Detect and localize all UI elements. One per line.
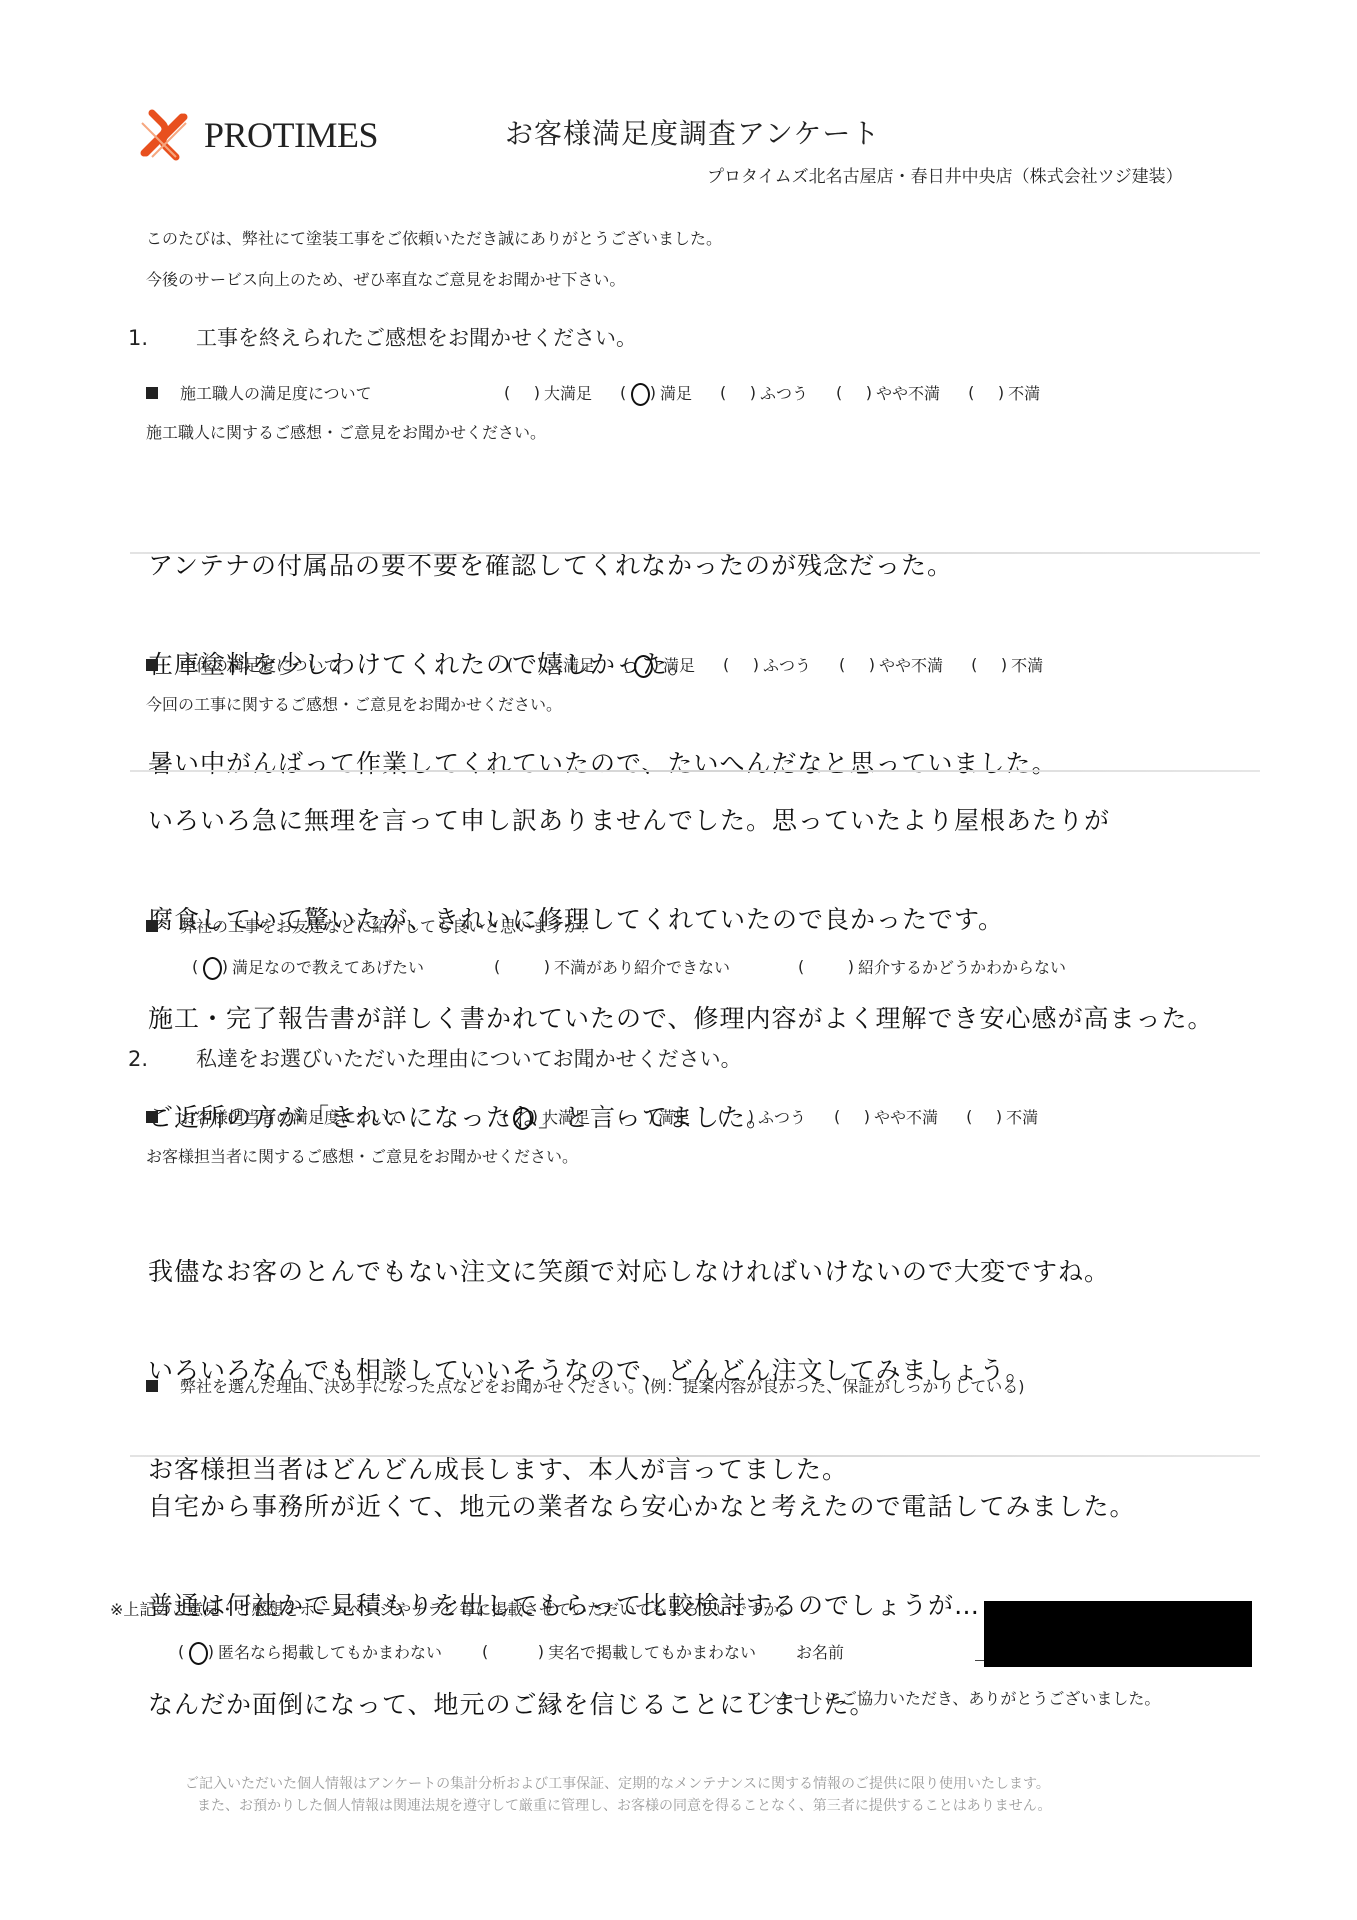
- square-bullet-icon: [146, 1380, 158, 1392]
- intro-line-1: このたびは、弊社にて塗装工事をご依頼いただき誠にありがとうございました。: [146, 226, 722, 249]
- rating-option-selected[interactable]: ()満足: [623, 653, 695, 676]
- rating-option[interactable]: ()ふつう: [720, 381, 808, 404]
- referral-option-selected[interactable]: ()満足なので教えてあげたい: [192, 955, 424, 978]
- rating-option[interactable]: ()大満足: [507, 653, 595, 676]
- question-label: お客様担当者の満足度について: [180, 1105, 404, 1128]
- circle-mark-icon: [203, 957, 222, 980]
- protimes-logo-icon: [132, 103, 196, 167]
- rating-options-overall: ()大満足 ()満足 ()ふつう ()やや不満 ()不満: [507, 653, 1071, 676]
- scan-artifact-line: [130, 1455, 1260, 1457]
- circle-mark-icon: [513, 1107, 532, 1130]
- publish-options: ()匿名なら掲載してもかまわない ()実名で掲載してもかまわない お名前: [178, 1640, 844, 1663]
- question-overall-satisfaction: 全体の満足度について: [146, 653, 340, 676]
- question-representative-satisfaction: お客様担当者の満足度について: [146, 1105, 404, 1128]
- section-2-heading: 2.私達をお選びいただいた理由についてお聞かせください。: [128, 1043, 742, 1073]
- option-label: 不満: [1011, 653, 1043, 676]
- intro-line-2: 今後のサービス向上のため、ぜひ率直なご意見をお聞かせ下さい。: [146, 267, 625, 290]
- brand-name: PROTIMES: [204, 114, 378, 156]
- option-label: 不満があり紹介できない: [554, 955, 730, 978]
- option-label: ふつう: [758, 1105, 806, 1128]
- thanks-message: アンケートにご協力いただき、ありがとうございました。: [746, 1686, 1160, 1709]
- page-title: お客様満足度調査アンケート: [505, 112, 880, 152]
- question-referral: 弊社の工事をお友達などに紹介しても良いと思いますか？: [146, 914, 596, 937]
- store-name: プロタイムズ北名古屋店・春日井中央店（株式会社ツジ建装）: [707, 162, 1183, 187]
- circle-mark-icon: [634, 655, 653, 678]
- rating-option[interactable]: ()不満: [968, 381, 1040, 404]
- protimes-logo: PROTIMES: [132, 103, 378, 167]
- option-label: やや不満: [874, 1105, 938, 1128]
- answer-line: 自宅から事務所が近くて、地元の業者なら安心かなと考えたので電話してみました。: [148, 1490, 1136, 1523]
- answer-line: 我儘なお客のとんでもない注文に笑顔で対応しなければいけないので大変ですね。: [148, 1255, 1110, 1288]
- option-label: 満足: [660, 381, 692, 404]
- scan-artifact-line: [130, 770, 1260, 772]
- question-prompt: 今回の工事に関するご感想・ご意見をお聞かせください。: [146, 692, 562, 715]
- option-label: 満足: [663, 653, 695, 676]
- rating-options-representative: ()大満足 ()満足 ()ふつう ()やや不満 ()不満: [502, 1105, 1066, 1128]
- privacy-notice-line-1: ご記入いただいた個人情報はアンケートの集計分析および工事保証、定期的なメンテナン…: [185, 1773, 1050, 1793]
- option-label: 満足: [658, 1105, 690, 1128]
- square-bullet-icon: [146, 920, 158, 932]
- publish-option-selected[interactable]: ()匿名なら掲載してもかまわない: [178, 1640, 442, 1663]
- option-label: やや不満: [876, 381, 940, 404]
- circle-mark-icon: [631, 383, 650, 406]
- rating-option[interactable]: ()ふつう: [723, 653, 811, 676]
- section-number: 1.: [128, 326, 196, 350]
- rating-option-selected[interactable]: ()満足: [620, 381, 692, 404]
- option-label: 満足なので教えてあげたい: [232, 955, 424, 978]
- option-label: 不満: [1008, 381, 1040, 404]
- square-bullet-icon: [146, 659, 158, 671]
- question-label: 弊社の工事をお友達などに紹介しても良いと思いますか？: [180, 914, 596, 937]
- option-label: 実名で掲載してもかまわない: [548, 1640, 756, 1663]
- option-label: 大満足: [544, 381, 592, 404]
- publish-option[interactable]: ()実名で掲載してもかまわない: [482, 1640, 756, 1663]
- rating-option[interactable]: ()不満: [971, 653, 1043, 676]
- option-label: 大満足: [547, 653, 595, 676]
- square-bullet-icon: [146, 387, 158, 399]
- option-label: 匿名なら掲載してもかまわない: [218, 1640, 442, 1663]
- privacy-notice-line-2: また、お預かりした個人情報は関連法規を遵守して厳重に管理し、お客様の同意を得るこ…: [197, 1795, 1052, 1815]
- answer-line: いろいろ急に無理を言って申し訳ありませんでした。思っていたより屋根あたりが: [148, 804, 1214, 837]
- option-label: 不満: [1006, 1105, 1038, 1128]
- publish-question: ※上記のご意見・ご感想をホームページやチラシ等に掲載させていただいてもよろしいで…: [110, 1597, 795, 1620]
- referral-option[interactable]: ()不満があり紹介できない: [494, 955, 730, 978]
- section-title: 工事を終えられたご感想をお聞かせください。: [196, 326, 637, 350]
- rating-option[interactable]: ()やや不満: [836, 381, 940, 404]
- name-field-redacted[interactable]: [984, 1601, 1252, 1667]
- section-1-heading: 1.工事を終えられたご感想をお聞かせください。: [128, 322, 637, 352]
- question-label: 全体の満足度について: [180, 653, 340, 676]
- question-reason: 弊社を選んだ理由、決め手になった点などをお聞かせください。(例：提案内容が良かっ…: [146, 1374, 1025, 1397]
- name-label: お名前: [796, 1640, 844, 1663]
- referral-options: ()満足なので教えてあげたい ()不満があり紹介できない ()紹介するかどうかわ…: [192, 955, 1094, 978]
- question-craftsmen-satisfaction: 施工職人の満足度について: [146, 381, 372, 404]
- rating-option[interactable]: ()やや不満: [839, 653, 943, 676]
- rating-options-craftsmen: ()大満足 ()満足 ()ふつう ()やや不満 ()不満: [504, 381, 1068, 404]
- option-label: やや不満: [879, 653, 943, 676]
- referral-option[interactable]: ()紹介するかどうかわからない: [798, 955, 1066, 978]
- option-label: ふつう: [760, 381, 808, 404]
- rating-option[interactable]: ()やや不満: [834, 1105, 938, 1128]
- option-label: 大満足: [542, 1105, 590, 1128]
- circle-mark-icon: [189, 1642, 208, 1665]
- scan-artifact-line: [130, 552, 1260, 554]
- question-label: 弊社を選んだ理由、決め手になった点などをお聞かせください。(例：提案内容が良かっ…: [180, 1374, 1025, 1397]
- rating-option[interactable]: ()ふつう: [718, 1105, 806, 1128]
- rating-option-selected[interactable]: ()大満足: [502, 1105, 590, 1128]
- option-label: ふつう: [763, 653, 811, 676]
- question-prompt: 施工職人に関するご感想・ご意見をお聞かせください。: [146, 420, 546, 443]
- answer-overall: いろいろ急に無理を言って申し訳ありませんでした。思っていたより屋根あたりが 腐食…: [148, 738, 1214, 1167]
- option-label: 紹介するかどうかわからない: [858, 955, 1066, 978]
- answer-line: 施工・完了報告書が詳しく書かれていたので、修理内容がよく理解でき安心感が高まった…: [148, 1002, 1214, 1035]
- rating-option[interactable]: ()満足: [618, 1105, 690, 1128]
- square-bullet-icon: [146, 1111, 158, 1123]
- rating-option[interactable]: ()不満: [966, 1105, 1038, 1128]
- rating-option[interactable]: ()大満足: [504, 381, 592, 404]
- question-prompt: お客様担当者に関するご感想・ご意見をお聞かせください。: [146, 1144, 578, 1167]
- section-title: 私達をお選びいただいた理由についてお聞かせください。: [196, 1047, 742, 1071]
- section-number: 2.: [128, 1047, 196, 1071]
- question-label: 施工職人の満足度について: [180, 381, 372, 404]
